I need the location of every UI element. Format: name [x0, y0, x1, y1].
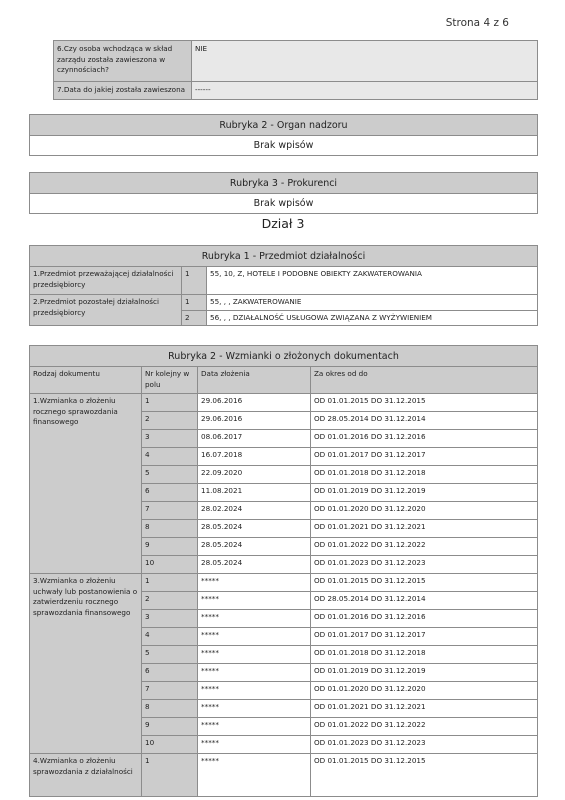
period: OD 01.01.2015 DO 31.12.2015 [311, 574, 538, 592]
filing-date: 16.07.2018 [198, 448, 311, 466]
entry-number: 3 [142, 430, 198, 448]
field-label: 2.Przedmiot pozostałej działalności prze… [30, 295, 182, 326]
entry-number: 4 [142, 448, 198, 466]
empty-entries-text: Brak wpisów [30, 136, 538, 156]
section-header: Rubryka 2 - Wzmianki o złożonych dokumen… [30, 346, 538, 367]
period: OD 01.01.2021 DO 31.12.2021 [311, 520, 538, 538]
period: OD 01.01.2017 DO 31.12.2017 [311, 448, 538, 466]
period: OD 01.01.2020 DO 31.12.2020 [311, 682, 538, 700]
entry-number: 1 [142, 394, 198, 412]
table-row: 6.Czy osoba wchodząca w skład zarządu zo… [54, 41, 538, 82]
entry-number: 5 [142, 646, 198, 664]
entry-number: 5 [142, 466, 198, 484]
entry-number: 1 [142, 574, 198, 592]
filing-date: 29.06.2016 [198, 394, 311, 412]
table-row: 1.Przedmiot przeważającej działalności p… [30, 267, 538, 295]
column-header: Za okres od do [311, 367, 538, 394]
entry-number: 10 [142, 736, 198, 754]
document-type: 4.Wzmianka o złożeniu sprawozdania z dzi… [30, 754, 142, 797]
entry-number: 8 [142, 520, 198, 538]
field-value: NIE [192, 41, 538, 82]
entry-number: 4 [142, 628, 198, 646]
column-header: Data złożenia [198, 367, 311, 394]
filing-date: ***** [198, 628, 311, 646]
filing-date: 28.05.2024 [198, 538, 311, 556]
period: OD 01.01.2015 DO 31.12.2015 [311, 754, 538, 797]
filing-date: ***** [198, 700, 311, 718]
period: OD 01.01.2018 DO 31.12.2018 [311, 466, 538, 484]
section-title: Dział 3 [29, 216, 537, 231]
period: OD 01.01.2017 DO 31.12.2017 [311, 628, 538, 646]
filing-date: 22.09.2020 [198, 466, 311, 484]
period: OD 01.01.2021 DO 31.12.2021 [311, 700, 538, 718]
entry-value: 55, , , ZAKWATEROWANIE [207, 295, 538, 311]
filing-date: 28.02.2024 [198, 502, 311, 520]
entry-number: 2 [142, 592, 198, 610]
entry-number: 2 [142, 412, 198, 430]
filing-date: 08.06.2017 [198, 430, 311, 448]
suspension-table: 6.Czy osoba wchodząca w skład zarządu zo… [53, 40, 538, 100]
period: OD 01.01.2023 DO 31.12.2023 [311, 556, 538, 574]
rubryka-prokurenci: Rubryka 3 - Prokurenci Brak wpisów [29, 172, 538, 214]
section-header: Rubryka 2 - Organ nadzoru [30, 115, 538, 136]
entry-number: 1 [182, 295, 207, 311]
document-type: 3.Wzmianka o złożeniu uchwały lub postan… [30, 574, 142, 754]
period: OD 01.01.2015 DO 31.12.2015 [311, 394, 538, 412]
entry-number: 1 [142, 754, 198, 797]
period: OD 01.01.2018 DO 31.12.2018 [311, 646, 538, 664]
column-header: Rodzaj dokumentu [30, 367, 142, 394]
field-label: 1.Przedmiot przeważającej działalności p… [30, 267, 182, 295]
table-row: 3.Wzmianka o złożeniu uchwały lub postan… [30, 574, 538, 592]
period: OD 01.01.2016 DO 31.12.2016 [311, 430, 538, 448]
period: OD 01.01.2016 DO 31.12.2016 [311, 610, 538, 628]
entry-number: 6 [142, 664, 198, 682]
field-value: ------ [192, 82, 538, 100]
period: OD 01.01.2023 DO 31.12.2023 [311, 736, 538, 754]
rubryka-przedmiot-dzialalnosci: Rubryka 1 - Przedmiot działalności 1.Prz… [29, 245, 538, 326]
filing-date: ***** [198, 736, 311, 754]
entry-value: 56, , , DZIAŁALNOŚĆ USŁUGOWA ZWIĄZANA Z … [207, 310, 538, 326]
filing-date: 29.06.2016 [198, 412, 311, 430]
table-row: 1.Wzmianka o złożeniu rocznego sprawozda… [30, 394, 538, 412]
document-type: 1.Wzmianka o złożeniu rocznego sprawozda… [30, 394, 142, 574]
entry-value: 55, 10, Z, HOTELE I PODOBNE OBIEKTY ZAKW… [207, 267, 538, 295]
filing-date: 28.05.2024 [198, 556, 311, 574]
table-row: 4.Wzmianka o złożeniu sprawozdania z dzi… [30, 754, 538, 797]
period: OD 01.01.2020 DO 31.12.2020 [311, 502, 538, 520]
filing-date: ***** [198, 592, 311, 610]
entry-number: 3 [142, 610, 198, 628]
filing-date: ***** [198, 682, 311, 700]
entry-number: 2 [182, 310, 207, 326]
column-header: Nr kolejny w polu [142, 367, 198, 394]
field-label: 6.Czy osoba wchodząca w skład zarządu zo… [54, 41, 192, 82]
rubryka-wzmianki: Rubryka 2 - Wzmianki o złożonych dokumen… [29, 345, 538, 797]
entry-number: 6 [142, 484, 198, 502]
table-row: 2.Przedmiot pozostałej działalności prze… [30, 295, 538, 311]
entry-number: 9 [142, 538, 198, 556]
period: OD 01.01.2022 DO 31.12.2022 [311, 718, 538, 736]
filing-date: ***** [198, 754, 311, 797]
filing-date: 11.08.2021 [198, 484, 311, 502]
filing-date: ***** [198, 646, 311, 664]
filing-date: 28.05.2024 [198, 520, 311, 538]
field-label: 7.Data do jakiej została zawieszona [54, 82, 192, 100]
entry-number: 7 [142, 502, 198, 520]
entry-number: 9 [142, 718, 198, 736]
period: OD 28.05.2014 DO 31.12.2014 [311, 592, 538, 610]
period: OD 01.01.2019 DO 31.12.2019 [311, 484, 538, 502]
section-header: Rubryka 1 - Przedmiot działalności [30, 246, 538, 267]
empty-entries-text: Brak wpisów [30, 194, 538, 214]
entry-number: 7 [142, 682, 198, 700]
table-row: 7.Data do jakiej została zawieszona ----… [54, 82, 538, 100]
period: OD 28.05.2014 DO 31.12.2014 [311, 412, 538, 430]
rubryka-organ-nadzoru: Rubryka 2 - Organ nadzoru Brak wpisów [29, 114, 538, 156]
column-headers: Rodzaj dokumentu Nr kolejny w polu Data … [30, 367, 538, 394]
section-header: Rubryka 3 - Prokurenci [30, 173, 538, 194]
filing-date: ***** [198, 610, 311, 628]
page-indicator: Strona 4 z 6 [446, 17, 509, 29]
period: OD 01.01.2022 DO 31.12.2022 [311, 538, 538, 556]
filing-date: ***** [198, 574, 311, 592]
entry-number: 10 [142, 556, 198, 574]
period: OD 01.01.2019 DO 31.12.2019 [311, 664, 538, 682]
filing-date: ***** [198, 718, 311, 736]
entry-number: 8 [142, 700, 198, 718]
entry-number: 1 [182, 267, 207, 295]
filing-date: ***** [198, 664, 311, 682]
